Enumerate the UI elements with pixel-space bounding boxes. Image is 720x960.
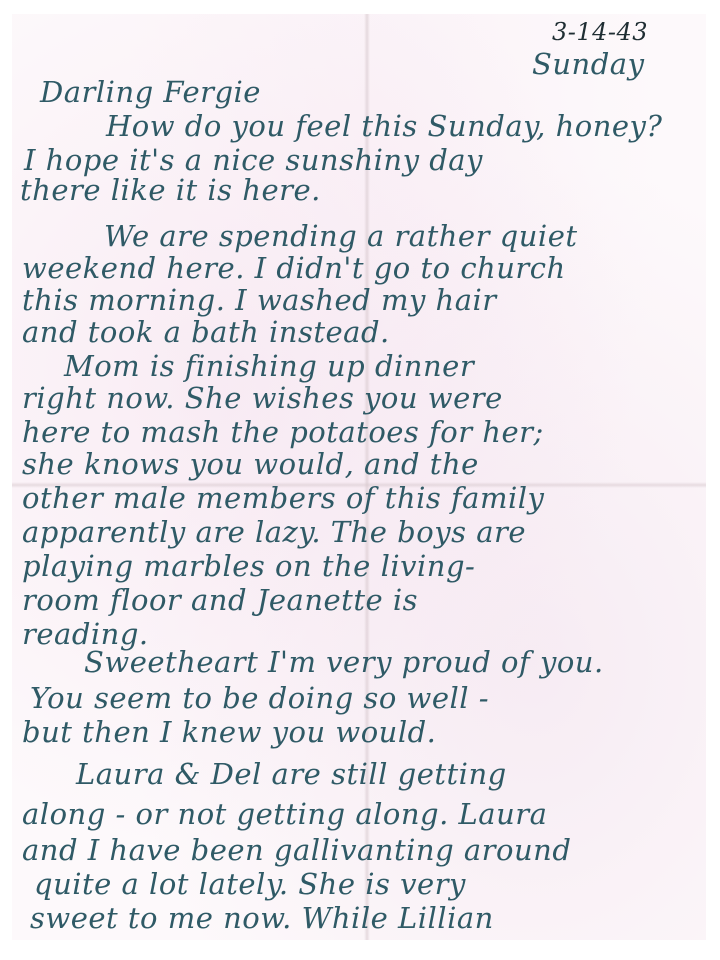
letter-line: room floor and Jeanette is [22,586,418,615]
letter-line: How do you feel this Sunday, honey? [106,112,662,141]
letter-line: playing marbles on the living- [22,552,475,581]
letter-line: and I have been gallivanting around [22,836,571,865]
letter-line: You seem to be doing so well - [30,684,489,713]
letter-line: this morning. I washed my hair [22,286,497,315]
letter-line: apparently are lazy. The boys are [22,518,526,547]
letter-line: right now. She wishes you were [22,384,503,413]
letter-line: I hope it's a nice sunshiny day [24,146,483,175]
letter-line: sweet to me now. While Lillian [30,904,494,933]
letter-line: Laura & Del are still getting [76,760,507,789]
letter-day: Sunday [532,50,644,79]
letter-line: Mom is finishing up dinner [64,352,474,381]
letter-line: quite a lot lately. She is very [34,870,466,899]
letter-line: here to mash the potatoes for her; [22,418,544,447]
letter-date: 3-14-43 [552,20,648,44]
letter-line: other male members of this family [22,484,544,513]
letter-salutation: Darling Fergie [40,78,261,107]
letter-line: weekend here. I didn't go to church [22,254,566,283]
letter-line: and took a bath instead. [22,318,390,347]
letter-line: there like it is here. [20,176,321,205]
letter-line: along - or not getting along. Laura [22,800,547,829]
letter-line: We are spending a rather quiet [104,222,578,251]
letter-line: but then I knew you would. [22,718,436,747]
letter-line: Sweetheart I'm very proud of you. [84,648,604,677]
letter-line: she knows you would, and the [22,450,479,479]
